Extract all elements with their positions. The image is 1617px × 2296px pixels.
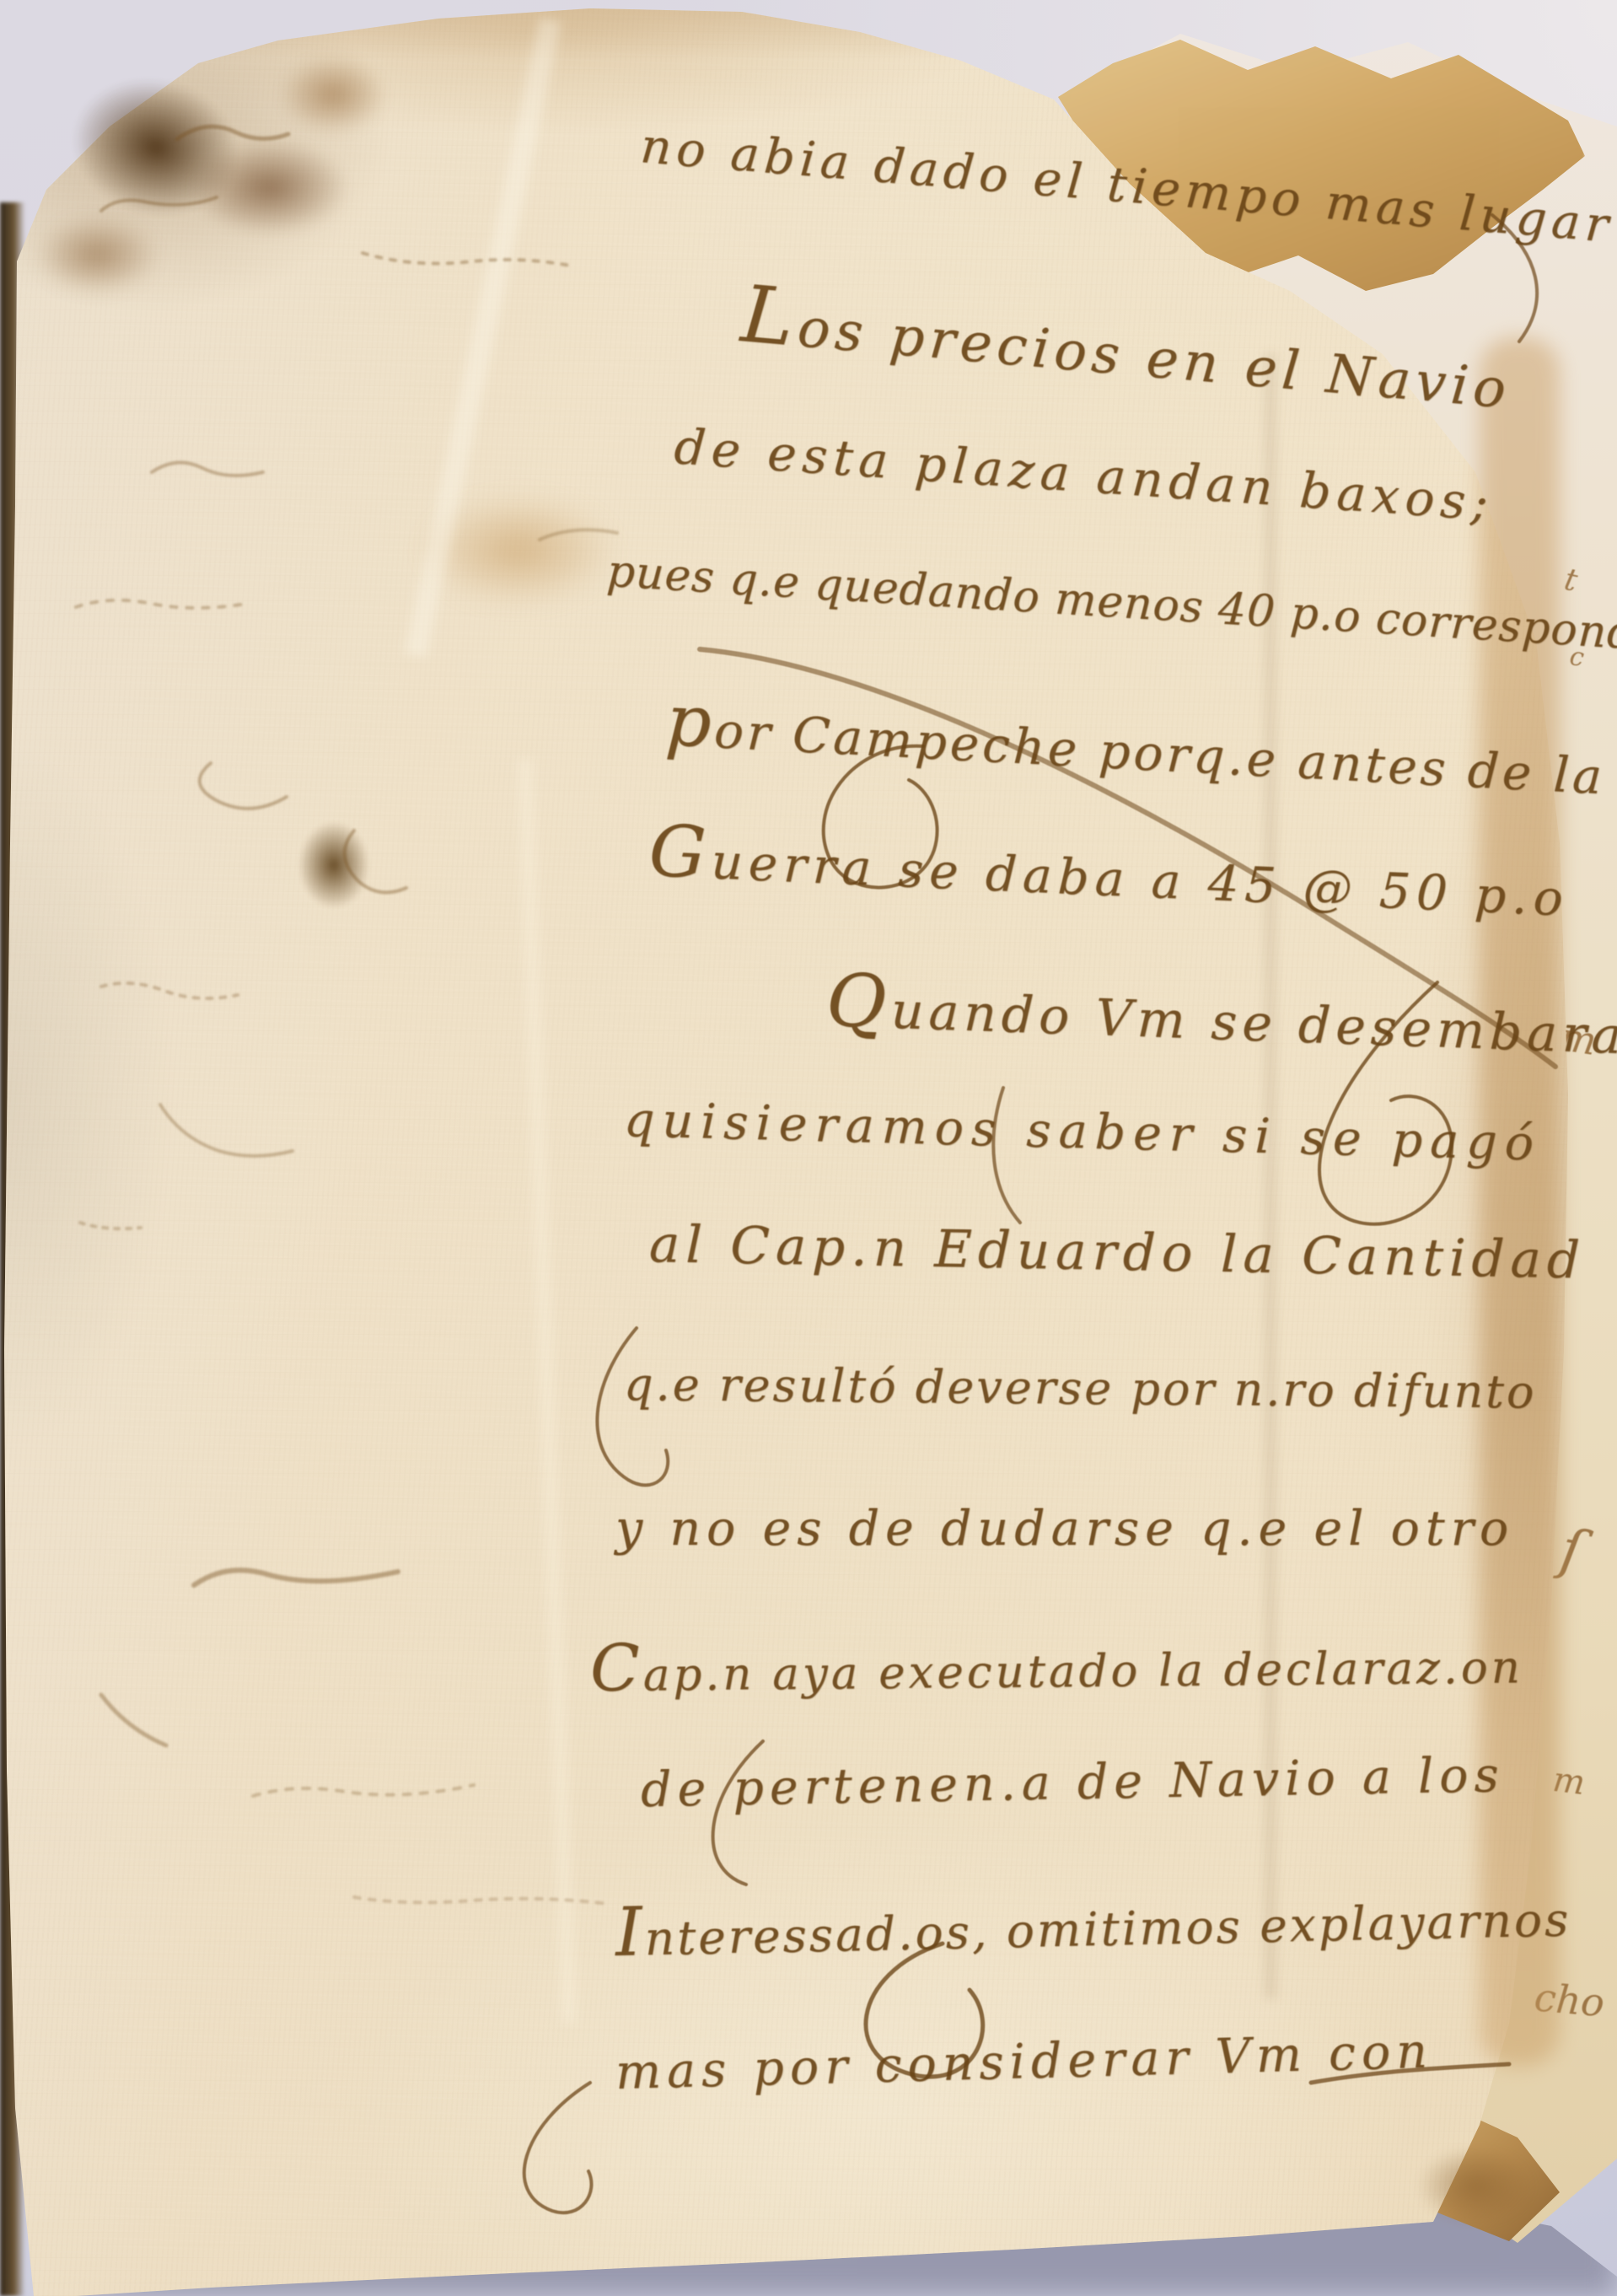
handwritten-line: q.e resultó deverse por n.ro difunto	[624, 1358, 1537, 1418]
handwritten-line: y no es de dudarse q.e el otro	[615, 1501, 1514, 1557]
handwritten-line: Cap.n aya executado la declaraz.on	[590, 1623, 1524, 1707]
photo-of-manuscript: t c m ſ m cho	[0, 0, 1617, 2296]
